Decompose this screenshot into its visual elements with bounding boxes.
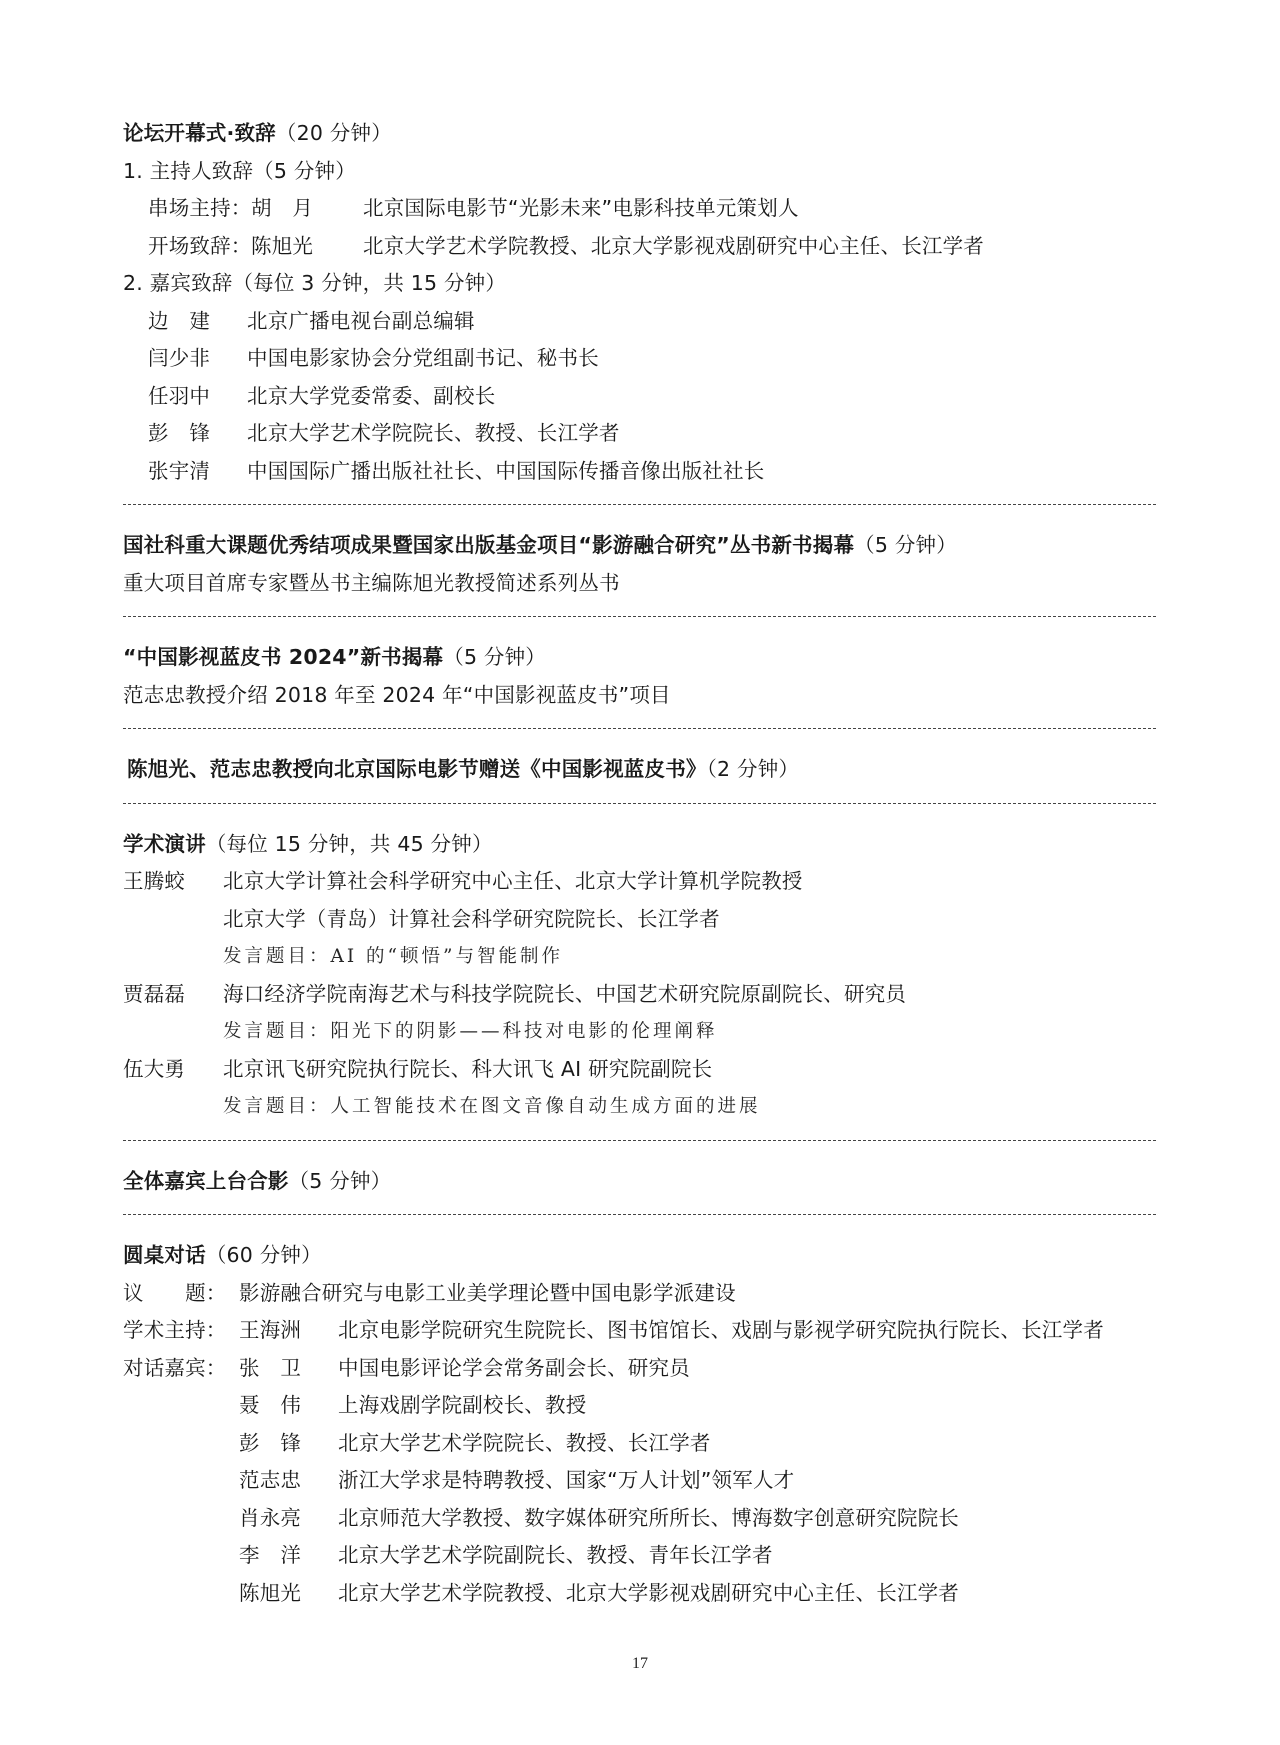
section-heading-bluebook: “中国影视蓝皮书 2024”新书揭幕（5 分钟） bbox=[123, 639, 1156, 677]
guest-row: 张宇清 中国国际广播出版社社长、中国国际传播音像出版社社长 bbox=[123, 453, 1156, 491]
guest-row: 彭 锋 北京大学艺术学院院长、教授、长江学者 bbox=[123, 415, 1156, 453]
roundtable-guest-row: 范志忠 浙江大学求是特聘教授、国家“万人计划”领军人才 bbox=[123, 1462, 1156, 1500]
speaker-row: 王腾蛟 北京大学计算社会科学研究中心主任、北京大学计算机学院教授 bbox=[123, 863, 1156, 901]
section-title: 圆桌对话 bbox=[123, 1243, 206, 1267]
person-title: 中国国际广播出版社社长、中国国际传播音像出版社社长 bbox=[247, 453, 765, 491]
section-title: 论坛开幕式·致辞 bbox=[123, 121, 276, 145]
section-heading-gift: 陈旭光、范志忠教授向北京国际电影节赠送《中国影视蓝皮书》（2 分钟） bbox=[123, 751, 1156, 789]
guest-name: 李 洋 bbox=[239, 1537, 338, 1575]
section-duration: （2 分钟） bbox=[707, 757, 800, 781]
roundtable-host-row: 学术主持： 王海洲 北京电影学院研究生院院长、图书馆馆长、戏剧与影视学研究院执行… bbox=[123, 1312, 1156, 1350]
guest-title: 北京大学艺术学院教授、北京大学影视戏剧研究中心主任、长江学者 bbox=[338, 1575, 959, 1613]
person-name: 张宇清 bbox=[148, 453, 247, 491]
guest-row: 边 建 北京广播电视台副总编辑 bbox=[123, 303, 1156, 341]
speaker-title: 北京大学（青岛）计算社会科学研究院院长、长江学者 bbox=[223, 901, 720, 939]
host-row: 串场主持： 胡 月 北京国际电影节“光影未来”电影科技单元策划人 bbox=[123, 190, 1156, 228]
guest-title: 北京师范大学教授、数字媒体研究所所长、博海数字创意研究院院长 bbox=[338, 1500, 959, 1538]
speaker-title: 北京讯飞研究院执行院长、科大讯飞 AI 研究院副院长 bbox=[223, 1051, 712, 1089]
speech-topic: 发言题目：阳光下的阴影——科技对电影的伦理阐释 bbox=[223, 1013, 718, 1051]
guest-name: 彭 锋 bbox=[239, 1425, 338, 1463]
speaker-name: 伍大勇 bbox=[123, 1051, 223, 1089]
person-title: 北京广播电视台副总编辑 bbox=[247, 303, 475, 341]
guest-title: 北京大学艺术学院院长、教授、长江学者 bbox=[338, 1425, 711, 1463]
section-title: 全体嘉宾上台合影 bbox=[123, 1169, 289, 1193]
guest-name: 肖永亮 bbox=[239, 1500, 338, 1538]
section-duration: （5 分钟） bbox=[854, 533, 957, 557]
speech-topic-row: 发言题目：人工智能技术在图文音像自动生成方面的进展 bbox=[123, 1088, 1156, 1126]
person-title: 北京大学艺术学院教授、北京大学影视戏剧研究中心主任、长江学者 bbox=[363, 228, 984, 266]
speech-topic: 发言题目：人工智能技术在图文音像自动生成方面的进展 bbox=[223, 1088, 761, 1126]
person-name: 任羽中 bbox=[148, 378, 247, 416]
person-name: 胡 月 bbox=[251, 190, 363, 228]
speech-topic-row: 发言题目：阳光下的阴影——科技对电影的伦理阐释 bbox=[123, 1013, 1156, 1051]
roundtable-guest-row: 彭 锋 北京大学艺术学院院长、教授、长江学者 bbox=[123, 1425, 1156, 1463]
section-heading-group-photo: 全体嘉宾上台合影（5 分钟） bbox=[123, 1163, 1156, 1201]
speaker-title: 海口经济学院南海艺术与科技学院院长、中国艺术研究院原副院长、研究员 bbox=[223, 976, 906, 1014]
person-title: 北京大学党委常委、副校长 bbox=[247, 378, 495, 416]
section-title: 国社科重大课题优秀结项成果暨国家出版基金项目“影游融合研究”丛书新书揭幕 bbox=[123, 533, 854, 557]
section-heading-book-launch: 国社科重大课题优秀结项成果暨国家出版基金项目“影游融合研究”丛书新书揭幕（5 分… bbox=[123, 527, 1156, 565]
guest-name: 范志忠 bbox=[239, 1462, 338, 1500]
speech-topic: 发言题目：AI 的“顿悟”与智能制作 bbox=[223, 938, 563, 976]
roundtable-guest-row: 聂 伟 上海戏剧学院副校长、教授 bbox=[123, 1387, 1156, 1425]
page-number: 17 bbox=[0, 1655, 1280, 1673]
speaker-title: 北京大学计算社会科学研究中心主任、北京大学计算机学院教授 bbox=[223, 863, 803, 901]
guests-label: 对话嘉宾： bbox=[123, 1350, 239, 1388]
guest-title: 上海戏剧学院副校长、教授 bbox=[338, 1387, 586, 1425]
guest-row: 任羽中 北京大学党委常委、副校长 bbox=[123, 378, 1156, 416]
host-row: 开场致辞： 陈旭光 北京大学艺术学院教授、北京大学影视戏剧研究中心主任、长江学者 bbox=[123, 228, 1156, 266]
roundtable-topic: 影游融合研究与电影工业美学理论暨中国电影学派建设 bbox=[239, 1275, 736, 1313]
section-heading-lectures: 学术演讲（每位 15 分钟，共 45 分钟） bbox=[123, 826, 1156, 864]
section-duration: （5 分钟） bbox=[443, 645, 546, 669]
section-title: “中国影视蓝皮书 2024”新书揭幕 bbox=[123, 645, 443, 669]
guest-title: 北京大学艺术学院副院长、教授、青年长江学者 bbox=[338, 1537, 773, 1575]
speaker-row: 贾磊磊 海口经济学院南海艺术与科技学院院长、中国艺术研究院原副院长、研究员 bbox=[123, 976, 1156, 1014]
speaker-name: 王腾蛟 bbox=[123, 863, 223, 901]
subsection-host-speech: 1. 主持人致辞（5 分钟） bbox=[123, 153, 1156, 191]
subsection-guest-speech: 2. 嘉宾致辞（每位 3 分钟，共 15 分钟） bbox=[123, 265, 1156, 303]
section-description: 范志忠教授介绍 2018 年至 2024 年“中国影视蓝皮书”项目 bbox=[123, 677, 1156, 715]
guest-name: 张 卫 bbox=[239, 1350, 338, 1388]
role-label: 串场主持： bbox=[148, 190, 251, 228]
section-duration: （每位 15 分钟，共 45 分钟） bbox=[206, 832, 493, 856]
host-title: 北京电影学院研究生院院长、图书馆馆长、戏剧与影视学研究院执行院长、长江学者 bbox=[338, 1312, 1104, 1350]
speaker-row-cont: 北京大学（青岛）计算社会科学研究院院长、长江学者 bbox=[123, 901, 1156, 939]
speaker-row: 伍大勇 北京讯飞研究院执行院长、科大讯飞 AI 研究院副院长 bbox=[123, 1051, 1156, 1089]
speech-topic-row: 发言题目：AI 的“顿悟”与智能制作 bbox=[123, 938, 1156, 976]
section-duration: （5 分钟） bbox=[289, 1169, 392, 1193]
host-name: 王海洲 bbox=[239, 1312, 338, 1350]
person-name: 彭 锋 bbox=[148, 415, 247, 453]
roundtable-guest-row: 陈旭光 北京大学艺术学院教授、北京大学影视戏剧研究中心主任、长江学者 bbox=[123, 1575, 1156, 1613]
guest-title: 中国电影评论学会常务副会长、研究员 bbox=[338, 1350, 690, 1388]
roundtable-guest-row: 肖永亮 北京师范大学教授、数字媒体研究所所长、博海数字创意研究院院长 bbox=[123, 1500, 1156, 1538]
roundtable-guest-row: 李 洋 北京大学艺术学院副院长、教授、青年长江学者 bbox=[123, 1537, 1156, 1575]
topic-label: 议 题： bbox=[123, 1275, 239, 1313]
section-heading-roundtable: 圆桌对话（60 分钟） bbox=[123, 1237, 1156, 1275]
agenda-page: 论坛开幕式·致辞（20 分钟） 1. 主持人致辞（5 分钟） 串场主持： 胡 月… bbox=[123, 115, 1156, 1612]
role-label: 开场致辞： bbox=[148, 228, 251, 266]
person-name: 陈旭光 bbox=[251, 228, 363, 266]
person-name: 边 建 bbox=[148, 303, 247, 341]
speaker-name: 贾磊磊 bbox=[123, 976, 223, 1014]
section-heading-opening: 论坛开幕式·致辞（20 分钟） bbox=[123, 115, 1156, 153]
section-duration: （20 分钟） bbox=[276, 121, 392, 145]
guest-title: 浙江大学求是特聘教授、国家“万人计划”领军人才 bbox=[338, 1462, 794, 1500]
person-title: 中国电影家协会分党组副书记、秘书长 bbox=[247, 340, 599, 378]
section-description: 重大项目首席专家暨丛书主编陈旭光教授简述系列丛书 bbox=[123, 565, 1156, 603]
section-duration: （60 分钟） bbox=[206, 1243, 322, 1267]
host-label: 学术主持： bbox=[123, 1312, 239, 1350]
section-title: 学术演讲 bbox=[123, 832, 206, 856]
guest-name: 聂 伟 bbox=[239, 1387, 338, 1425]
person-title: 北京大学艺术学院院长、教授、长江学者 bbox=[247, 415, 620, 453]
person-title: 北京国际电影节“光影未来”电影科技单元策划人 bbox=[363, 190, 799, 228]
guest-row: 闫少非 中国电影家协会分党组副书记、秘书长 bbox=[123, 340, 1156, 378]
person-name: 闫少非 bbox=[148, 340, 247, 378]
roundtable-guest-row: 对话嘉宾： 张 卫 中国电影评论学会常务副会长、研究员 bbox=[123, 1350, 1156, 1388]
section-title: 陈旭光、范志忠教授向北京国际电影节赠送《中国影视蓝皮书》 bbox=[127, 757, 707, 781]
roundtable-topic-row: 议 题： 影游融合研究与电影工业美学理论暨中国电影学派建设 bbox=[123, 1275, 1156, 1313]
guest-name: 陈旭光 bbox=[239, 1575, 338, 1613]
